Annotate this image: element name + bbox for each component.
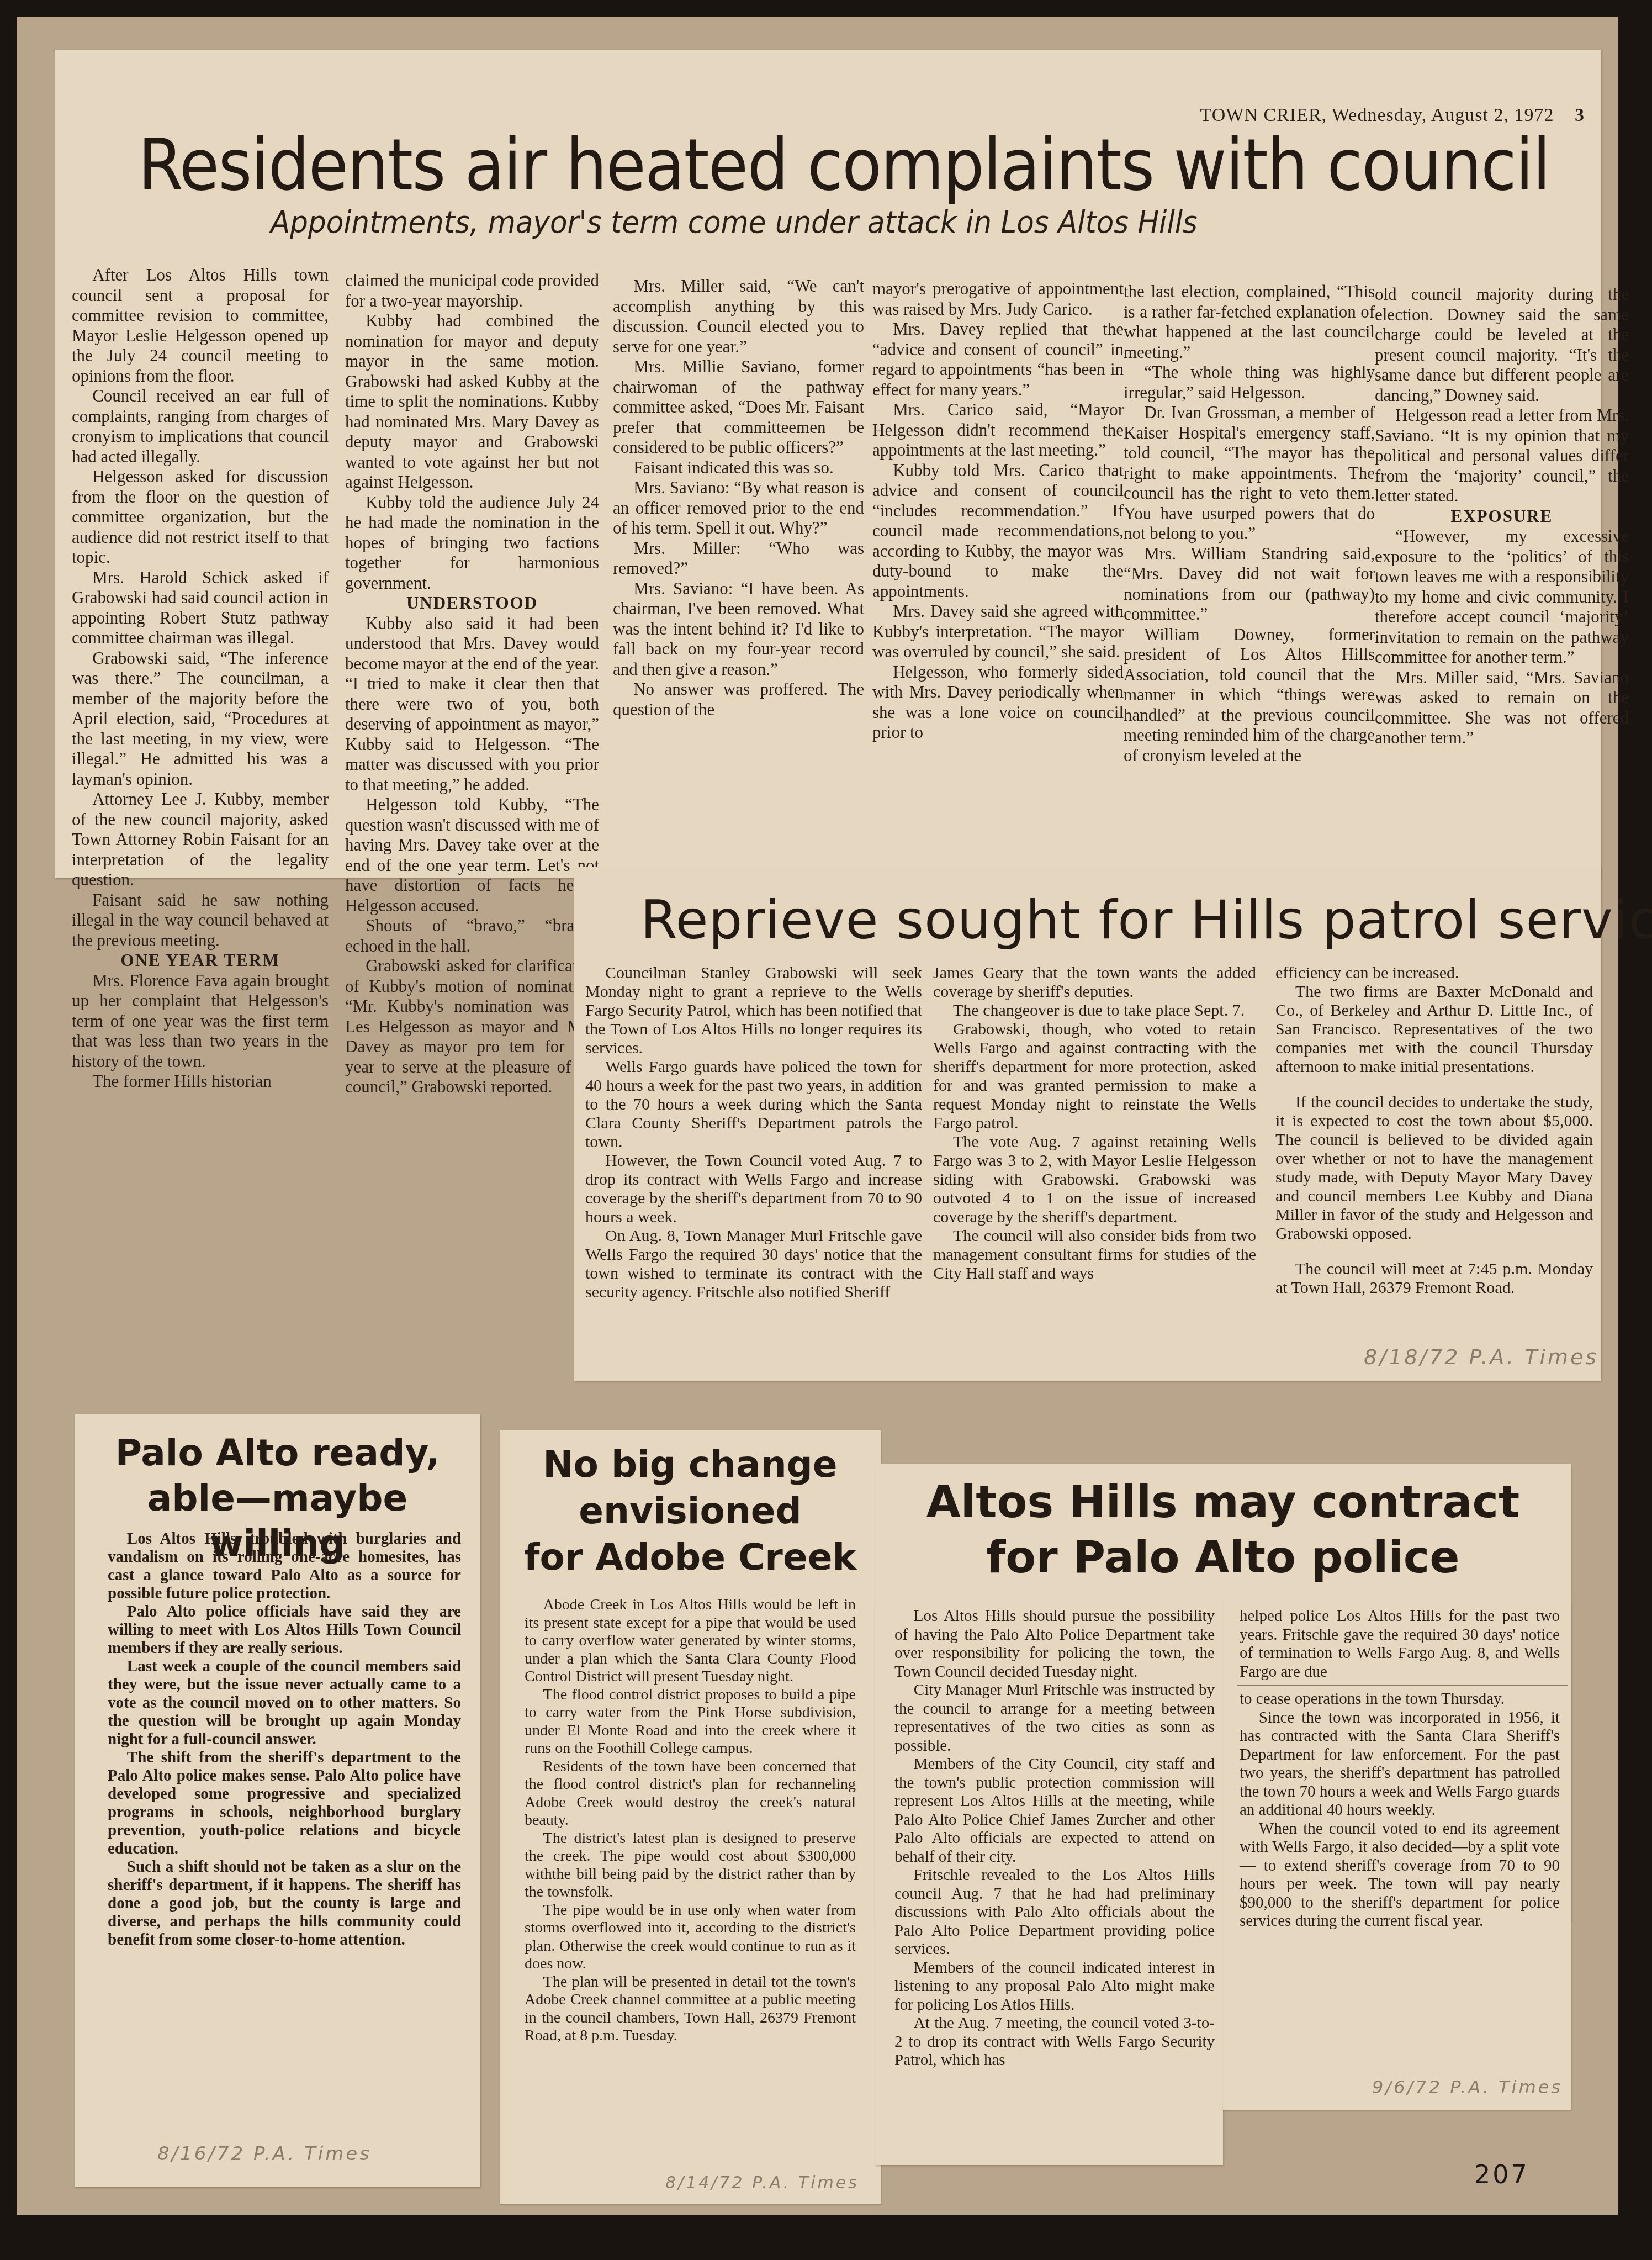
page-number: 207: [1474, 2159, 1529, 2189]
clipping-seam: [1237, 1685, 1568, 1686]
article5-column-2-top: helped police Los Altos Hills for the pa…: [1240, 1607, 1560, 1681]
headline: Reprieve sought for Hills patrol service: [640, 889, 1652, 951]
clipping-palo-alto-ready: Palo Alto ready, able—maybe willing Los …: [75, 1414, 480, 2187]
article2-column-2: James Geary that the town wants the adde…: [933, 964, 1256, 1283]
masthead: TOWN CRIER, Wednesday, August 2, 1972 3: [1200, 105, 1585, 126]
subheading: EXPOSURE: [1375, 506, 1629, 527]
article1-column-2: claimed the municipal code provided for …: [345, 271, 599, 1097]
clipping-reprieve-patrol: Reprieve sought for Hills patrol service…: [574, 867, 1601, 1381]
scrapbook-page: TOWN CRIER, Wednesday, August 2, 1972 3 …: [17, 17, 1618, 2215]
subheading: UNDERSTOOD: [345, 593, 599, 614]
board-gap: [55, 1270, 569, 1320]
article5-column-1: Los Altos Hills should pursue the possib…: [894, 1607, 1215, 2070]
article2-column-1: Councilman Stanley Grabowski will seek M…: [585, 964, 922, 1302]
headline: No big change envisioned for Adobe Creek: [500, 1441, 881, 1581]
subheading: ONE YEAR TERM: [72, 951, 329, 971]
handwritten-date: 8/16/72 P.A. Times: [157, 2143, 372, 2165]
article1-column-5: the last election, complained, “This is …: [1124, 282, 1375, 765]
handwritten-date: 9/6/72 P.A. Times: [1372, 2077, 1563, 2098]
article4-body: Abode Creek in Los Altos Hills would be …: [525, 1596, 856, 2045]
headline: Altos Hills may contract for Palo Alto p…: [875, 1475, 1571, 1585]
article1-column-6: old council majority during the election…: [1375, 284, 1629, 748]
article3-body: Los Altos Hills, troubled with burglarie…: [108, 1530, 461, 1949]
clipping-adobe-creek: No big change envisioned for Adobe Creek…: [500, 1430, 881, 2204]
handwritten-date: 8/14/72 P.A. Times: [665, 2173, 859, 2193]
article1-column-3: Mrs. Miller said, “We can't accomplish a…: [613, 276, 864, 720]
article5-column-2-bottom: to cease operations in the town Thursday…: [1240, 1690, 1560, 1931]
clipping-altos-hills-col2: helped police Los Altos Hills for the pa…: [1223, 1602, 1571, 2110]
handwritten-date: 8/18/72 P.A. Times: [1364, 1345, 1598, 1369]
clipping-residents-complaints: TOWN CRIER, Wednesday, August 2, 1972 3 …: [55, 50, 1601, 878]
article1-column-1: After Los Altos Hills town council sent …: [72, 265, 329, 1092]
clipping-altos-hills-col1: Los Altos Hills should pursue the possib…: [875, 1602, 1223, 2165]
article2-column-3: efficiency can be increased. The two fir…: [1275, 964, 1593, 1297]
article1-column-4: mayor's prerogative of appointment was r…: [872, 279, 1124, 743]
headline: Residents air heated complaints with cou…: [138, 124, 1550, 207]
subhead: Appointments, mayor's term come under at…: [271, 204, 1198, 240]
